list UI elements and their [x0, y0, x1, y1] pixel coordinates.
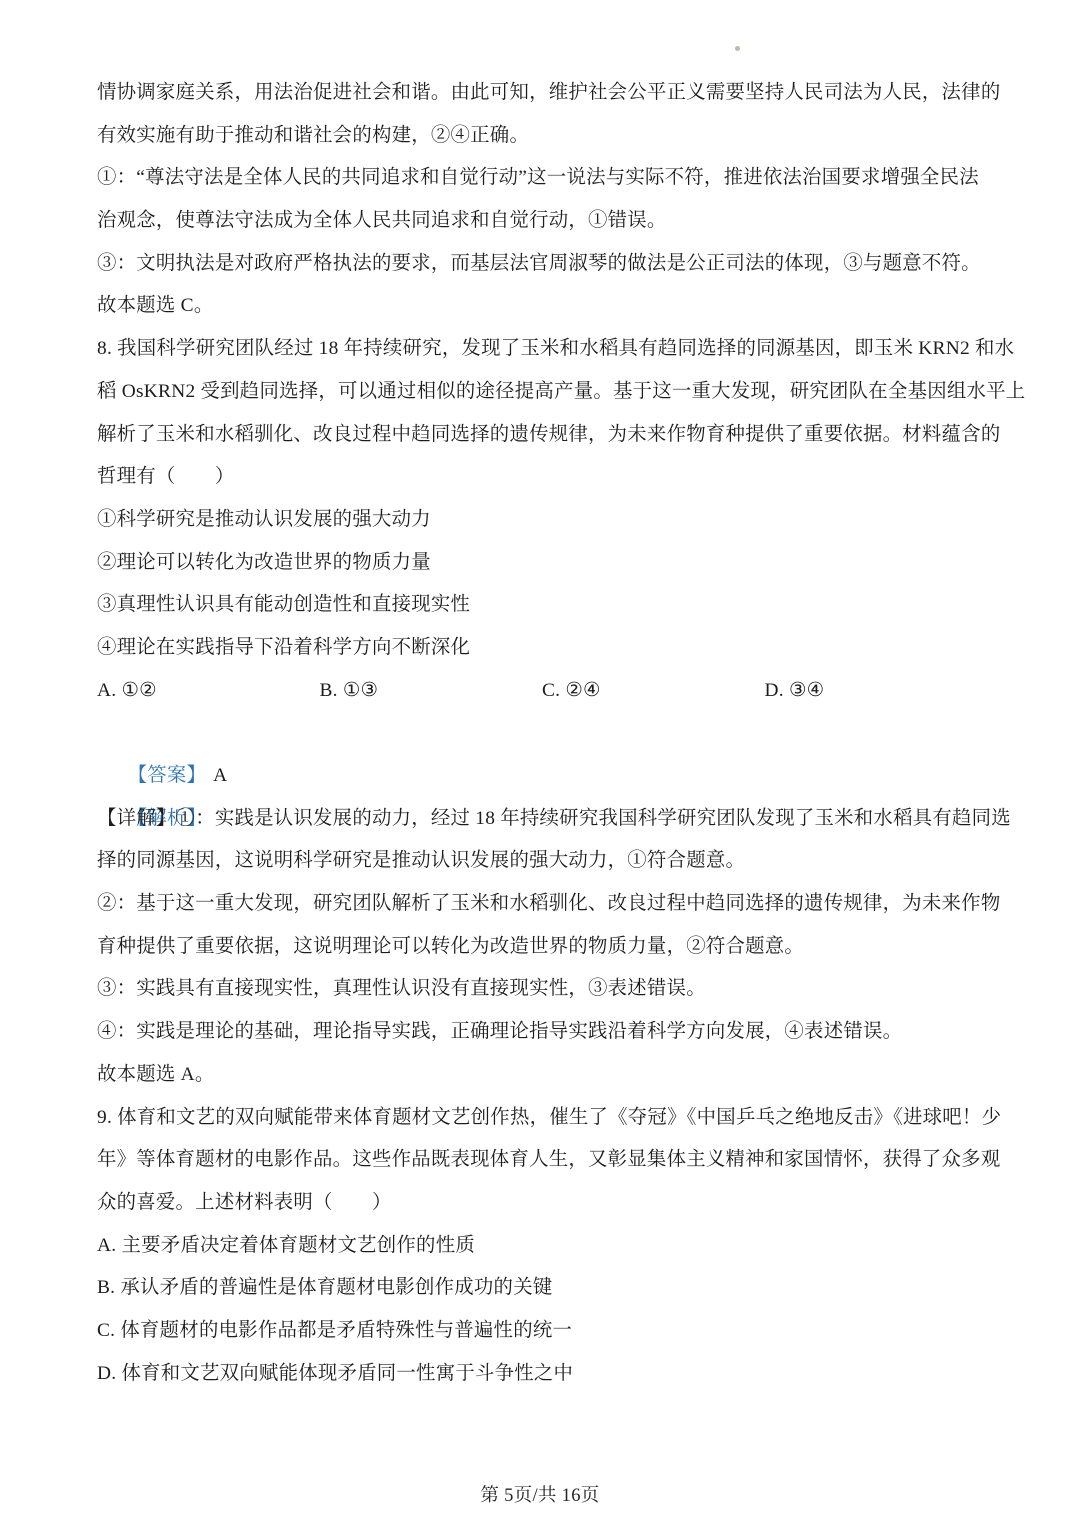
q8-choice-a: A. ①②	[97, 670, 320, 713]
q8-detail-line: 择的同源基因，这说明科学研究是推动认识发展的强大动力，①符合题意。	[97, 840, 987, 883]
answer-value: A	[213, 765, 227, 786]
q8-choice-c: C. ②④	[542, 670, 765, 713]
q8-stem-line: 稻 OsKRN2 受到趋同选择，可以通过相似的途径提高产量。基于这一重大发现，研…	[97, 371, 987, 414]
dot-artifact	[735, 46, 740, 51]
q8-choices-row: A. ①② B. ①③ C. ②④ D. ③④	[97, 670, 987, 713]
q9-stem-line: 9. 体育和文艺的双向赋能带来体育题材文艺创作热，催生了《夺冠》《中国乒乓之绝地…	[97, 1097, 987, 1140]
prev-explanation-line: 情协调家庭关系，用法治促进社会和谐。由此可知，维护社会公平正义需要坚持人民司法为…	[97, 72, 987, 115]
q8-analysis-line: 【解析】	[97, 755, 987, 798]
q8-stem-line: 解析了玉米和水稻驯化、改良过程中趋同选择的遗传规律，为未来作物育种提供了重要依据…	[97, 414, 987, 457]
q9-choice-b: B. 承认矛盾的普遍性是体育题材电影创作成功的关键	[97, 1267, 987, 1310]
page-content: 情协调家庭关系，用法治促进社会和谐。由此可知，维护社会公平正义需要坚持人民司法为…	[97, 72, 987, 1395]
q8-choice-b: B. ①③	[320, 670, 543, 713]
q8-statement-1: ①科学研究是推动认识发展的强大动力	[97, 499, 987, 542]
prev-explanation-line: 有效实施有助于推动和谐社会的构建，②④正确。	[97, 115, 987, 158]
answer-label: 【答案】	[128, 765, 207, 786]
q8-stem-line: 8. 我国科学研究团队经过 18 年持续研究，发现了玉米和水稻具有趋同选择的同源…	[97, 328, 987, 371]
q8-detail-line: ②：基于这一重大发现，研究团队解析了玉米和水稻驯化、改良过程中趋同选择的遗传规律…	[97, 883, 987, 926]
q8-statement-3: ③真理性认识具有能动创造性和直接现实性	[97, 584, 987, 627]
q8-statement-2: ②理论可以转化为改造世界的物质力量	[97, 542, 987, 585]
q9-stem-line: 年》等体育题材的电影作品。这些作品既表现体育人生，又彰显集体主义精神和家国情怀，…	[97, 1139, 987, 1182]
prev-explanation-line: 治观念，使尊法守法成为全体人民共同追求和自觉行动，①错误。	[97, 200, 987, 243]
q8-detail-line: ④：实践是理论的基础，理论指导实践，正确理论指导实践沿着科学方向发展，④表述错误…	[97, 1011, 987, 1054]
prev-explanation-line: ③：文明执法是对政府严格执法的要求，而基层法官周淑琴的做法是公正司法的体现，③与…	[97, 243, 987, 286]
q9-choice-c: C. 体育题材的电影作品都是矛盾特殊性与普遍性的统一	[97, 1310, 987, 1353]
q8-choice-d: D. ③④	[765, 670, 988, 713]
q9-choice-d: D. 体育和文艺双向赋能体现矛盾同一性寓于斗争性之中	[97, 1353, 987, 1396]
q9-choice-a: A. 主要矛盾决定着体育题材文艺创作的性质	[97, 1225, 987, 1268]
q8-detail-line: 育种提供了重要依据，这说明理论可以转化为改造世界的物质力量，②符合题意。	[97, 926, 987, 969]
prev-explanation-line: ①：“尊法守法是全体人民的共同追求和自觉行动”这一说法与实际不符，推进依法治国要…	[97, 157, 987, 200]
q8-detail-line: ③：实践具有直接现实性，真理性认识没有直接现实性，③表述错误。	[97, 968, 987, 1011]
q8-statement-4: ④理论在实践指导下沿着科学方向不断深化	[97, 627, 987, 670]
q8-answer-line: 【答案】A	[97, 712, 987, 755]
q8-detail-line: 【详解】①：实践是认识发展的动力，经过 18 年持续研究我国科学研究团队发现了玉…	[97, 798, 987, 841]
page-footer: 第 5页/共 16页	[0, 1481, 1080, 1507]
q8-detail-conclusion: 故本题选 A。	[97, 1054, 987, 1097]
prev-explanation-conclusion: 故本题选 C。	[97, 285, 987, 328]
document-page: 情协调家庭关系，用法治促进社会和谐。由此可知，维护社会公平正义需要坚持人民司法为…	[0, 0, 1080, 1527]
q9-stem-line: 众的喜爱。上述材料表明（ ）	[97, 1182, 987, 1225]
q8-stem-line: 哲理有（ ）	[97, 456, 987, 499]
